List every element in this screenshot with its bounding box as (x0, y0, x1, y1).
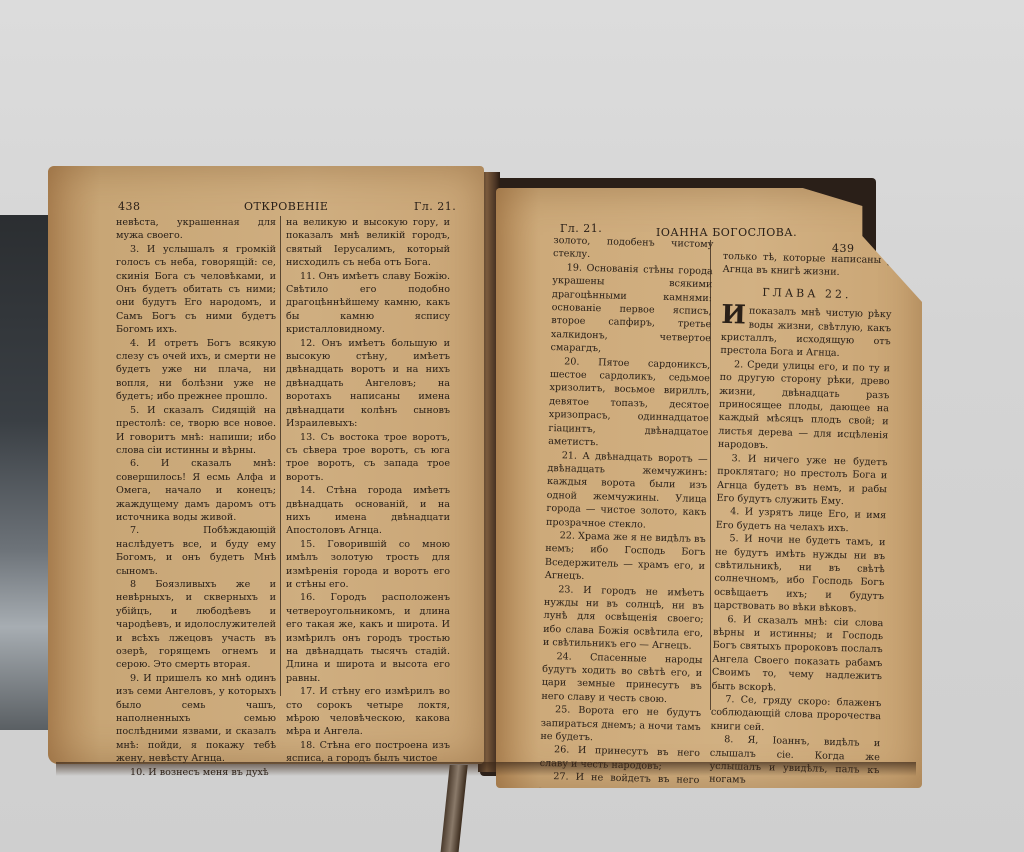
bookmark-ribbon (440, 765, 467, 852)
verse-19: 19. Основанія стѣны города украшены всяк… (550, 261, 712, 359)
left-page: 438 ОТКРОВЕНІЕ Гл. 21. невѣста, украшенн… (48, 166, 484, 764)
verse-15: 15. Говорившій со мною имѣлъ золотую тро… (286, 538, 450, 592)
verse-7: 7. Побѣждающій наслѣдуетъ все, и буду ем… (116, 524, 276, 578)
verse-5: 5. И сказалъ Сидящій на престолѣ: се, тв… (116, 404, 276, 458)
running-title-left: ОТКРОВЕНІЕ (244, 200, 328, 213)
left-page-column-2: на великую и высокую гору, и показалъ мн… (286, 216, 450, 766)
chapter-heading: ГЛАВА 22. (722, 285, 892, 303)
verse-2: 2. Среди улицы его, и по ту и по другую … (718, 358, 890, 456)
column-divider (280, 216, 281, 696)
verse-25: 25. Ворота его не будутъ запираться днем… (540, 703, 701, 747)
verse-3: 3. И ничего уже не будетъ проклятаго; но… (716, 451, 887, 509)
left-page-column-1: невѣста, украшенная для мужа своего. 3. … (116, 216, 276, 779)
right-page-column-2: только тѣ, которые написаны у Агнца въ к… (709, 250, 893, 791)
page-number-left: 438 (118, 200, 141, 213)
verse-8: 8 Боязливыхъ же и невѣрныхъ, и скверныхъ… (116, 578, 276, 672)
verse-6: 6. И сказалъ мнѣ: сіи слова вѣрны и исти… (711, 612, 883, 697)
verse-16: 16. Городъ расположенъ четвероугольником… (286, 591, 450, 685)
chapter-ref-right: Гл. 21. (560, 222, 602, 235)
verse-17: 17. И стѣну его измѣрилъ во сто сорокъ ч… (286, 685, 450, 739)
verse-11: 11. Онъ имѣетъ славу Божію. Свѣтило его … (286, 270, 450, 337)
verse-14: 14. Стѣна города имѣетъ двѣнадцать основ… (286, 484, 450, 538)
verse-9: 9. И пришелъ ко мнѣ одинъ изъ семи Ангел… (116, 672, 276, 766)
right-page: Гл. 21. ІОАННА БОГОСЛОВА. 439 золото, по… (496, 188, 922, 788)
verse-23: 23. И городъ не имѣетъ нужды ни въ солнц… (543, 582, 705, 653)
verse-20: 20. Пятое сардониксъ, шестое сардоликъ, … (548, 355, 710, 453)
verse-7: 7. Се, гряду скоро: блаженъ соблюдающій … (710, 693, 881, 738)
verse-6: 6. И сказалъ мнѣ: совершилось! Я есмь Ал… (116, 457, 276, 524)
verse-22: 22. Храма же я не видѣлъ въ немъ; ибо Го… (544, 529, 705, 587)
right-page-column-1: золото, подобенъ чистому стеклу. 19. Осн… (538, 234, 713, 814)
drop-cap: И (721, 304, 746, 327)
verse-21: 21. А двѣнадцать воротъ — двѣнадцать жем… (546, 448, 708, 533)
verse-12: 12. Онъ имѣетъ большую и высокую стѣну, … (286, 337, 450, 431)
verse: только тѣ, которые написаны у Агнца въ к… (722, 250, 893, 281)
verse-4: 4. И отретъ Богъ всякую слезу съ очей их… (116, 337, 276, 404)
page-shadow (56, 762, 916, 776)
column-divider (710, 240, 711, 710)
verse: на великую и высокую гору, и показалъ мн… (286, 216, 450, 270)
verse: золото, подобенъ чистому стеклу. (553, 234, 714, 265)
verse-27: 27. И не войдетъ въ него ничто нечистое … (538, 770, 699, 814)
verse: невѣста, украшенная для мужа своего. (116, 216, 276, 243)
verse-3: 3. И услышалъ я громкій голосъ съ неба, … (116, 243, 276, 337)
verse-13: 13. Съ востока трое воротъ, съ сѣвера тр… (286, 431, 450, 485)
verse-5: 5. И ночи не будетъ тамъ, и не будутъ им… (714, 532, 886, 617)
verse-24: 24. Спасенные народы будутъ ходить во св… (541, 649, 702, 707)
chapter-ref-left: Гл. 21. (414, 200, 456, 213)
